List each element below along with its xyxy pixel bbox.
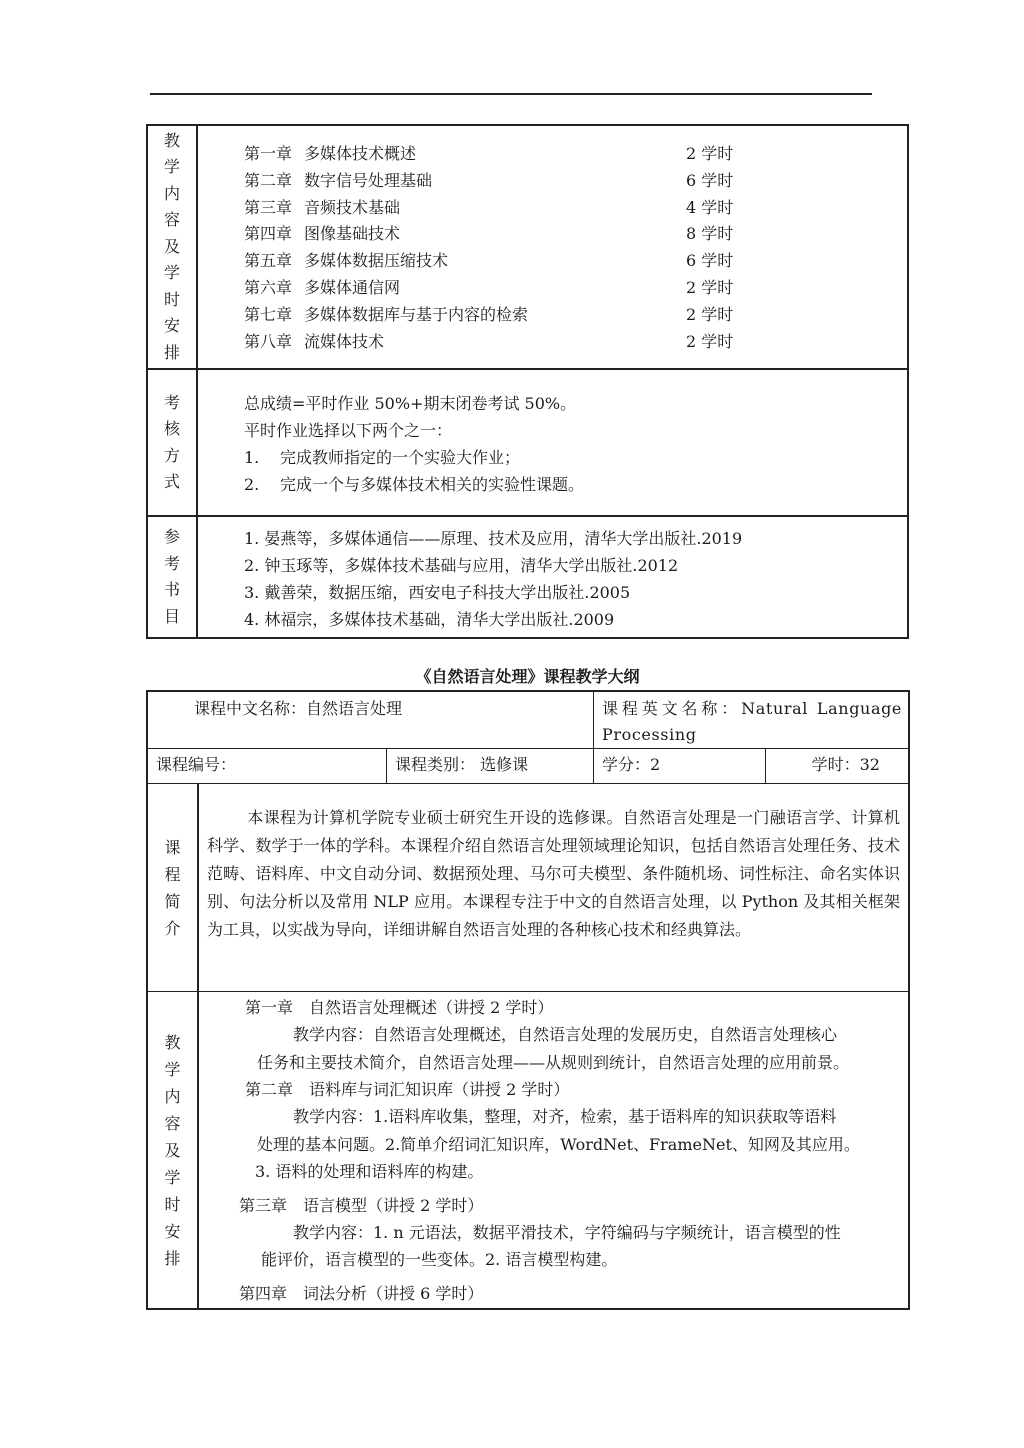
nlp-syllabus-table: 课程中文名称：自然语言处理 课程英文名称：Natural Language Pr… [146, 690, 910, 1310]
chapter-content: 教学内容：1. n 元语法，数据平滑技术，字符编码与字频统计，语言模型的性 [199, 1219, 900, 1247]
intro-label: 课 程 简 介 [148, 784, 199, 991]
schedule-item: 第三章音频技术基础4 学时 [244, 195, 907, 222]
schedule-item: 第八章流媒体技术2 学时 [244, 329, 907, 356]
schedule-item: 第七章多媒体数据库与基于内容的检索2 学时 [244, 302, 907, 329]
syllabus-title: 《自然语言处理》课程教学大纲 [146, 664, 909, 687]
assessment-option: 2.完成一个与多媒体技术相关的实验性课题。 [244, 471, 907, 498]
chapter-content: 教学内容：1.语料库收集，整理，对齐，检索，基于语料库的知识获取等语料 [199, 1103, 900, 1131]
course-en-name: 课程英文名称：Natural Language Processing [594, 692, 908, 748]
multimedia-syllabus-table: 教 学 内 容 及 学 时 安 排 第一章多媒体技术概述2 学时 第二章数字信号… [146, 124, 909, 639]
references-list: 1. 晏燕等，多媒体通信——原理、技术及应用，清华大学出版社.2019 2. 钟… [198, 517, 907, 637]
schedule-item: 第一章多媒体技术概述2 学时 [244, 141, 907, 168]
teaching-row: 教 学 内 容 及 学 时 安 排 第一章 自然语言处理概述（讲授 2 学时） … [148, 992, 908, 1308]
course-intro-row: 课 程 简 介 本课程为计算机学院专业硕士研究生开设的选修课。自然语言处理是一门… [148, 784, 908, 992]
intro-text: 本课程为计算机学院专业硕士研究生开设的选修课。自然语言处理是一门融语言学、计算机… [199, 784, 908, 991]
reference-item: 1. 晏燕等，多媒体通信——原理、技术及应用，清华大学出版社.2019 [244, 525, 907, 552]
reference-item: 4. 林福宗，多媒体技术基础，清华大学出版社.2009 [244, 606, 907, 633]
assessment-content: 总成绩=平时作业 50%+期末闭卷考试 50%。 平时作业选择以下两个之一： 1… [198, 370, 907, 515]
chapter-title: 第三章 语言模型（讲授 2 学时） [199, 1192, 900, 1219]
chapter-content: 3. 语料的处理和语料库的构建。 [199, 1158, 900, 1186]
references-label: 参 考 书 目 [148, 517, 198, 637]
assessment-total: 总成绩=平时作业 50%+期末闭卷考试 50%。 [244, 390, 907, 417]
course-info-row: 课程编号： 课程类别： 选修课 学分：2 学时：32 [148, 749, 908, 784]
course-name-row: 课程中文名称：自然语言处理 课程英文名称：Natural Language Pr… [148, 692, 908, 749]
schedule-item: 第六章多媒体通信网2 学时 [244, 275, 907, 302]
chapter-title: 第二章 语料库与词汇知识库（讲授 2 学时） [199, 1076, 900, 1103]
assessment-option: 1.完成教师指定的一个实验大作业； [244, 444, 907, 471]
chapter-title: 第四章 词法分析（讲授 6 学时） [199, 1280, 900, 1307]
course-credit: 学分：2 [594, 749, 766, 783]
chapter-content: 处理的基本问题。2.简单介绍词汇知识库，WordNet、FrameNet、知网及… [199, 1131, 900, 1159]
chapter-content: 能评价，语言模型的一些变体。2. 语言模型构建。 [199, 1246, 900, 1274]
schedule-list: 第一章多媒体技术概述2 学时 第二章数字信号处理基础6 学时 第三章音频技术基础… [198, 126, 907, 368]
teaching-label: 教 学 内 容 及 学 时 安 排 [148, 992, 199, 1308]
schedule-item: 第四章图像基础技术8 学时 [244, 221, 907, 248]
assessment-choose: 平时作业选择以下两个之一： [244, 417, 907, 444]
chapter-content: 任务和主要技术简介，自然语言处理——从规则到统计，自然语言处理的应用前景。 [199, 1049, 900, 1077]
teaching-content: 第一章 自然语言处理概述（讲授 2 学时） 教学内容：自然语言处理概述，自然语言… [199, 992, 908, 1308]
chapter-content: 教学内容：自然语言处理概述，自然语言处理的发展历史，自然语言处理核心 [199, 1021, 900, 1049]
course-code: 课程编号： [148, 749, 387, 783]
schedule-item: 第五章多媒体数据压缩技术6 学时 [244, 248, 907, 275]
schedule-label: 教 学 内 容 及 学 时 安 排 [148, 126, 198, 368]
references-row: 参 考 书 目 1. 晏燕等，多媒体通信——原理、技术及应用，清华大学出版社.2… [148, 517, 907, 637]
course-cn-name: 课程中文名称：自然语言处理 [148, 692, 594, 748]
assessment-row: 考 核 方 式 总成绩=平时作业 50%+期末闭卷考试 50%。 平时作业选择以… [148, 370, 907, 517]
chapter-title: 第一章 自然语言处理概述（讲授 2 学时） [199, 994, 900, 1021]
reference-item: 3. 戴善荣，数据压缩，西安电子科技大学出版社.2005 [244, 579, 907, 606]
schedule-item: 第二章数字信号处理基础6 学时 [244, 168, 907, 195]
assessment-label: 考 核 方 式 [148, 370, 198, 515]
course-type: 课程类别： 选修课 [387, 749, 594, 783]
header-rule [150, 93, 872, 95]
reference-item: 2. 钟玉琢等，多媒体技术基础与应用，清华大学出版社.2012 [244, 552, 907, 579]
schedule-row: 教 学 内 容 及 学 时 安 排 第一章多媒体技术概述2 学时 第二章数字信号… [148, 126, 907, 370]
course-hours: 学时：32 [766, 749, 908, 783]
